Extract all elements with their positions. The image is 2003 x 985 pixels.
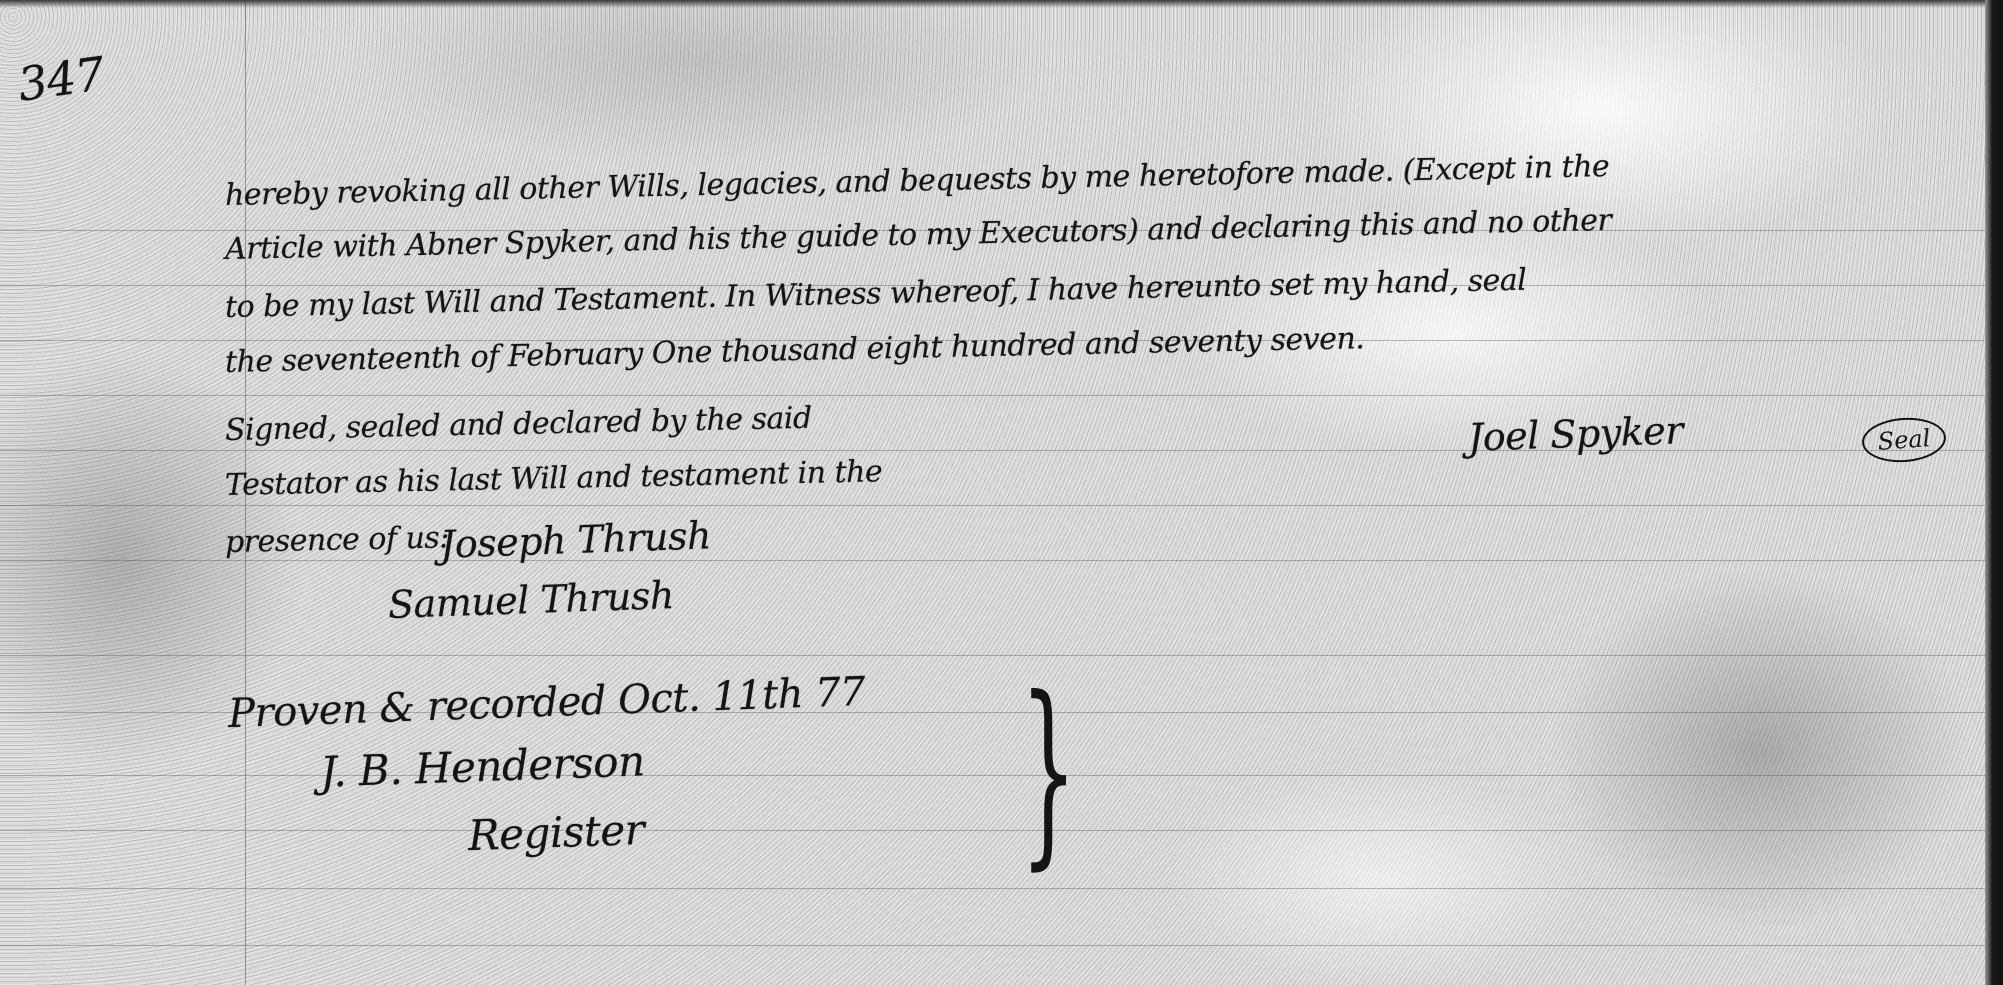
brace-mark: } <box>1020 672 1077 872</box>
testator-signature: Joel Spyker <box>1467 408 1683 459</box>
register-signature: J. B. Henderson <box>319 736 645 796</box>
witness-signature: Joseph Thrush <box>439 513 711 566</box>
ruled-line <box>0 505 1985 506</box>
seal-mark: Seal <box>1861 415 1948 465</box>
attestation-line: Signed, sealed and declared by the said <box>225 401 812 448</box>
ruled-line <box>0 888 1985 889</box>
will-text-line: Article with Abner Spyker, and his the g… <box>225 203 1612 267</box>
witness-signature: Samuel Thrush <box>387 573 674 627</box>
will-text-line: the seventeenth of February One thousand… <box>225 321 1365 380</box>
page-number: 347 <box>15 46 108 111</box>
ruled-line <box>0 450 1985 451</box>
ruled-line <box>0 830 1985 831</box>
document-page: 347 hereby revoking all other Wills, leg… <box>0 0 1985 985</box>
probate-entry: Proven & recorded Oct. 11th 77 <box>227 669 865 737</box>
attestation-line: Testator as his last Will and testament … <box>225 454 883 503</box>
ruled-line <box>0 945 1985 946</box>
ruled-line <box>0 655 1985 656</box>
register-title: Register <box>467 805 645 860</box>
ruled-line <box>0 560 1985 561</box>
ruled-line <box>0 395 1985 396</box>
page-right-edge <box>1985 0 2003 985</box>
top-edge-shadow <box>0 0 1985 8</box>
will-text-line: to be my last Will and Testament. In Wit… <box>225 263 1527 325</box>
attestation-line: presence of us: <box>225 520 450 560</box>
will-text-line: hereby revoking all other Wills, legacie… <box>225 149 1610 213</box>
ruled-line <box>0 775 1985 776</box>
